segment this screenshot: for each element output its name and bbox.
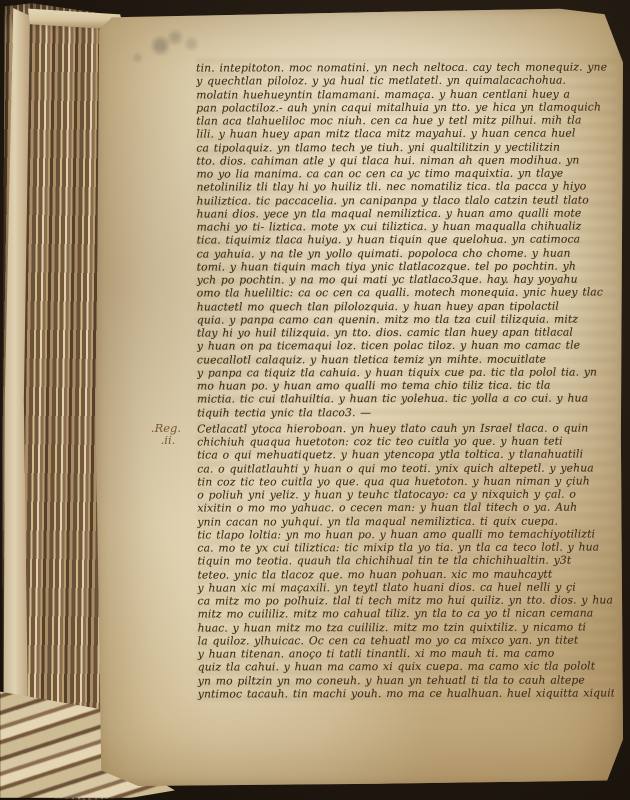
manuscript-line: omo tla hueliltic: ca oc cen ca qualli. … <box>197 286 613 300</box>
manuscript-line: yntimoc tacauh. tin machi youh. mo ma ce… <box>198 686 614 700</box>
margin-note-line: .ii. <box>144 434 192 446</box>
manuscript-line: tic tlapo loltia: yn mo huan po. y huan … <box>197 527 613 541</box>
manuscript-line: tin. intepitoton. moc nomatini. yn nech … <box>196 60 612 74</box>
manuscript-line: teteo. ynic tla tlacoz que. mo huan pohu… <box>197 567 613 581</box>
manuscript-page: .Reg. .ii. tin. intepitoton. moc nomatin… <box>96 8 623 786</box>
manuscript-line: mictia. tic cui tlahuiltia. y huan tic y… <box>197 392 613 406</box>
paragraph-2: Cetlacatl ytoca hieroboan. yn huey tlato… <box>197 421 614 700</box>
manuscript-line: tiquin mo teotia. quauh tla chichihual t… <box>197 554 613 568</box>
manuscript-line: ca tipolaquiz. yn tlamo tech ye tiuh. yn… <box>196 140 612 154</box>
manuscript-line: machi yo ti- liztica. mote yx cui tilizt… <box>197 219 613 233</box>
manuscript-line: huactetl mo quech tlan pilolozquia. y hu… <box>197 299 613 313</box>
manuscript-line: y quechtlan piloloz. y ya hual tic metla… <box>196 74 612 88</box>
manuscript-line: ca mitz mo po polhuiz. tlal ti tech mitz… <box>198 593 614 607</box>
manuscript-line: tlan aca tlahueliloc moc niuh. cen ca hu… <box>196 113 612 127</box>
margin-note-reg: .Reg. .ii. <box>140 422 192 446</box>
manuscript-line: la quiloz. ylhuicac. Oc cen ca tehuatl m… <box>198 633 614 647</box>
manuscript-line: pan polactiloz.- auh ynin caqui mitalhui… <box>196 100 612 114</box>
manuscript-line: tiquih tectia ynic tla tlaco3. — <box>197 405 613 419</box>
manuscript-line: o poliuh yni yeliz. y huan y teuhc tlato… <box>197 487 613 501</box>
manuscript-line: y huan on pa ticemaqui loz. ticen polac … <box>197 339 613 353</box>
manuscript-line: ych po pochtin. y na mo qui mati yc tlat… <box>197 272 613 286</box>
manuscript-line: tin coz tic teo cuitla yo que. qua qua h… <box>197 474 613 488</box>
manuscript-line: yn mo piltzin yn mo coneuh. y huan yn te… <box>198 673 614 687</box>
paragraph-1: tin. intepitoton. moc nomatini. yn nech … <box>196 60 613 419</box>
manuscript-line: ynin cacan no yuhqui. yn tla maqual nemi… <box>197 514 613 528</box>
manuscript-line: y huan titenan. anoço ti tatli tinantli.… <box>198 646 614 660</box>
manuscript-line: tlay hi yo huil tilizquia. yn tto. dios.… <box>197 325 613 339</box>
manuscript-line: mo huan po. y huan amo qualli mo tema ch… <box>197 378 613 392</box>
manuscript-line: tomi. y huan tiquin mach tiya ynic tlatl… <box>197 259 613 273</box>
manuscript-line: mo yo lia manima. ca can oc cen ca yc ti… <box>196 166 612 180</box>
manuscript-line: huiliztica. tic paccacelia. yn canipanpa… <box>196 193 612 207</box>
manuscript-line: Cetlacatl ytoca hieroboan. yn huey tlato… <box>197 421 613 435</box>
manuscript-line: y huan xic mi maçaxili. yn teytl tlato h… <box>197 580 613 594</box>
manuscript-line: ca yahuia. y na tle yn yollo quimati. po… <box>197 246 613 260</box>
manuscript-line: xixitin o mo mo yahuac. o cecen man: y h… <box>197 501 613 515</box>
manuscript-line: huani dios. yece yn tla maqual nemilizti… <box>197 206 613 220</box>
manuscript-line: y panpa ca tiquiz tla cahuia. y huan tiq… <box>197 365 613 379</box>
manuscript-line: tica. tiquimiz tlaca huiya. y huan tiqui… <box>197 233 613 247</box>
manuscript-line: quia. y panpa camo can quenin. mitz mo t… <box>197 312 613 326</box>
manuscript-line: ca. o quitlatlauhti y huan o qui mo teot… <box>197 461 613 475</box>
manuscript-line: molatin huehueyntin tlamamani. mamaça. y… <box>196 87 612 101</box>
manuscript-line: tica o qui mehuatiquetz. y huan ytencopa… <box>197 448 613 462</box>
manuscript-line: mitz mo cuililiz. mitz mo cahual tiliz. … <box>198 607 614 621</box>
manuscript-line: cuecallotl calaquiz. y huan tletica temi… <box>197 352 613 366</box>
manuscript-line: tto. dios. cahiman atle y qui tlaca hui.… <box>196 153 612 167</box>
manuscript-line: ca. mo te yx cui tiliztica: tic mixip tl… <box>197 540 613 554</box>
manuscript-line: netoliniliz tli tlay hi yo huiliz tli. n… <box>196 180 612 194</box>
manuscript-line: huac. y huan mitz mo tza cuililiz. mitz … <box>198 620 614 634</box>
manuscript-line: quiz tla cahui. y huan ma camo xi quix c… <box>198 660 614 674</box>
text-column: tin. intepitoton. moc nomatini. yn nech … <box>196 60 614 721</box>
photo-background: .Reg. .ii. tin. intepitoton. moc nomatin… <box>0 0 630 800</box>
manuscript-line: chichiuh quaqua huetoton: coz tic teo cu… <box>197 434 613 448</box>
manuscript-line: lili. y huan huey apan mitz tlaca mitz m… <box>196 127 612 141</box>
